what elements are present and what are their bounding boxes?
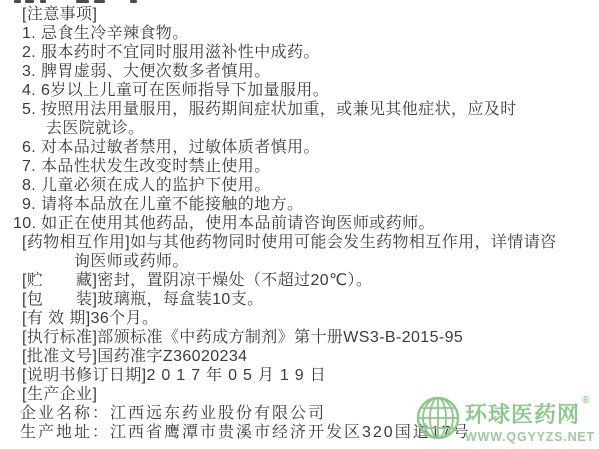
drug-interactions-continuation: 询医师或药师。 — [0, 252, 599, 271]
precaution-item-10: 10. 如正在使用其他药品，使用本品前请咨询医师或药师。 — [0, 214, 599, 233]
storage-line: [贮 藏]密封，置阴凉干燥处（不超过20℃）。 — [0, 271, 599, 290]
globe-icon — [416, 396, 460, 445]
text-fragment — [25, 0, 34, 3]
validity-period-line: [有 效 期]36个月。 — [0, 309, 599, 328]
precaution-item-2: 2. 服本药时不宜同时服用滋补性中成药。 — [0, 43, 599, 62]
drug-interactions-line: [药物相互作用]如与其他药物同时使用可能会发生药物相互作用，详情请咨 — [0, 233, 599, 252]
text-fragment — [40, 0, 46, 3]
packaging-line: [包 装]玻璃瓶，每盒装10支。 — [0, 290, 599, 309]
insert-text-block: [注意事项] 1. 忌食生冷辛辣食物。 2. 服本药时不宜同时服用滋补性中成药。… — [0, 5, 599, 442]
precaution-item-9: 9. 请将本品放在儿童不能接触的地方。 — [0, 195, 599, 214]
registered-trademark-icon: ® — [582, 395, 590, 406]
precaution-item-5: 5. 按照用法用量服用，服药期间症状加重，或兼见其他症状，应及时 — [0, 100, 599, 119]
precaution-item-6: 6. 对本品过敏者禁用，过敏体质者慎用。 — [0, 138, 599, 157]
precaution-item-4: 4. 6岁以上儿童可在医师指导下加量服用。 — [0, 81, 599, 100]
precaution-item-5-continuation: 去医院就诊。 — [0, 119, 599, 138]
precaution-item-8: 8. 儿童必须在成人的监护下使用。 — [0, 176, 599, 195]
precaution-item-7: 7. 本品性状发生改变时禁止使用。 — [0, 157, 599, 176]
revision-date-value: 2017年05月19日 — [147, 367, 332, 384]
precaution-item-3: 3. 脾胃虚弱、大便次数多者慎用。 — [0, 62, 599, 81]
text-fragment — [94, 0, 105, 3]
executive-standard-line: [执行标准]部颁标准《中药成方制剂》第十册WS3-B-2015-95 — [0, 328, 599, 347]
text-fragment — [14, 0, 21, 3]
watermark-url: WWW.QGYYZS.NET — [465, 430, 595, 444]
clipped-line-fragments — [0, 0, 599, 4]
precaution-item-1: 1. 忌食生冷辛辣食物。 — [0, 24, 599, 43]
text-fragment — [76, 0, 89, 3]
approval-number-line: [批准文号]国药准字Z36020234 — [0, 347, 599, 366]
text-fragment — [130, 0, 137, 3]
revision-date-line: [说明书修订日期]2017年05月19日 — [0, 366, 599, 385]
package-insert-page: [注意事项] 1. 忌食生冷辛辣食物。 2. 服本药时不宜同时服用滋补性中成药。… — [0, 0, 599, 449]
watermark-text: 环球医药网® WWW.QGYYZS.NET — [465, 398, 595, 444]
watermark: 环球医药网® WWW.QGYYZS.NET — [416, 396, 595, 445]
precautions-header: [注意事项] — [0, 5, 599, 24]
watermark-brand: 环球医药网® — [465, 398, 590, 429]
revision-date-label: [说明书修订日期] — [22, 367, 147, 384]
